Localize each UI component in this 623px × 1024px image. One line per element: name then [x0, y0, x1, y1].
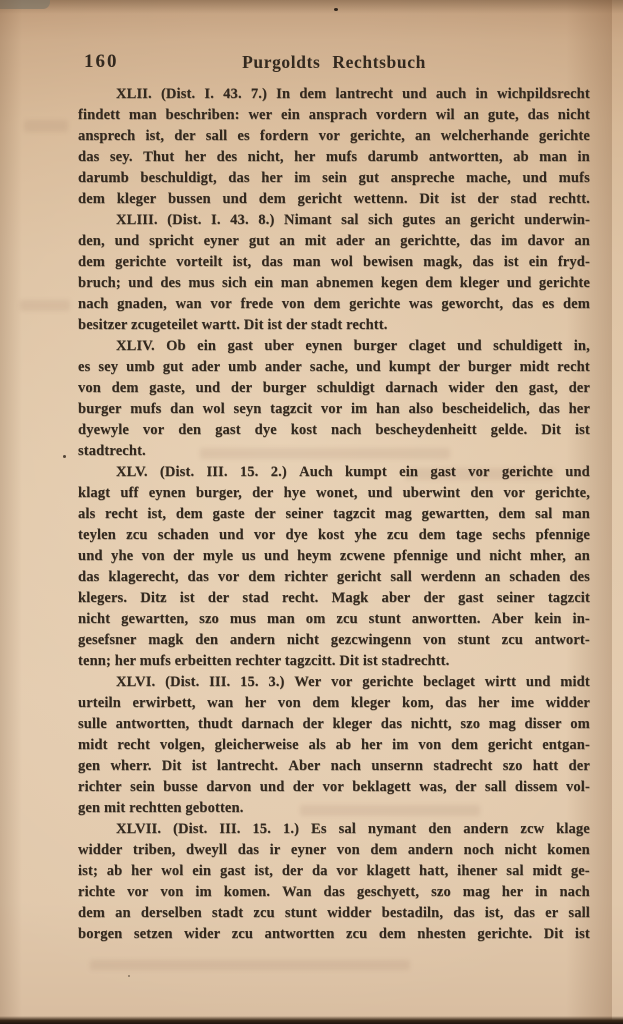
word: gaste: [213, 504, 245, 525]
word: gut: [249, 231, 270, 252]
word: 7.): [251, 84, 267, 105]
word: 2.): [271, 462, 287, 483]
word: eyner: [291, 840, 326, 861]
word: der: [173, 546, 194, 567]
word: kein: [534, 609, 561, 630]
word: III.: [209, 672, 230, 693]
word: dem: [370, 840, 397, 861]
word: geschyett,: [357, 882, 419, 903]
word: nach: [331, 420, 361, 441]
word: richte: [78, 882, 115, 903]
word: gerichte: [362, 672, 413, 693]
word: Es: [311, 819, 327, 840]
word: nicht,: [248, 147, 284, 168]
word: ansprech: [78, 126, 135, 147]
word: beclaget: [423, 672, 475, 693]
word: und: [115, 231, 140, 252]
scan-edge-top: [0, 0, 623, 14]
word: an: [574, 231, 590, 252]
text-line: dassey.Thutherdesnicht,hermufsdarumbantw…: [78, 147, 590, 168]
word: der: [439, 357, 460, 378]
scan-edge-bottom: [0, 1016, 623, 1024]
text-line: stadtrecht.: [78, 441, 590, 462]
word: als: [308, 735, 325, 756]
word: andern: [408, 840, 453, 861]
word: gute,: [488, 105, 519, 126]
word: gutes: [402, 210, 435, 231]
word: underwin-: [524, 210, 590, 231]
word: gut: [359, 168, 380, 189]
word: XLVI.: [116, 672, 155, 693]
word: mag: [489, 714, 516, 735]
word: wol: [203, 399, 225, 420]
word: den: [428, 819, 451, 840]
word: recht: [117, 735, 150, 756]
word: mus: [188, 273, 214, 294]
word: und: [507, 273, 532, 294]
word: und: [260, 777, 285, 798]
bleed-through-smudge: [20, 300, 70, 311]
text-line: burgermufsdanwolseyntagzcitvorimhanalsob…: [78, 399, 590, 420]
word: richter: [78, 777, 122, 798]
word: XLV.: [116, 462, 148, 483]
word: in-: [573, 609, 590, 630]
word: zcu: [387, 525, 408, 546]
word: burger: [263, 378, 307, 399]
ink-speck: [334, 8, 338, 11]
text-line: nachgnaden,wanvorfredevondemgerichtewasg…: [78, 294, 590, 315]
word: gewartten,: [121, 609, 188, 630]
word: aber: [382, 588, 411, 609]
word: das: [323, 882, 344, 903]
text-line: dyewylevordengastdyekostnachbescheydenhe…: [78, 420, 590, 441]
word: sall: [568, 903, 590, 924]
word: tagzcit: [548, 588, 590, 609]
word: der: [174, 126, 195, 147]
word: dem: [176, 504, 203, 525]
word: und: [368, 483, 393, 504]
text-line: tenn; her mufs erbeitten rechter tagzcit…: [78, 651, 590, 672]
word: gnaden,: [117, 294, 167, 315]
word: wer: [248, 105, 272, 126]
word: kumpt: [345, 462, 387, 483]
word: dem: [419, 525, 446, 546]
word: vorteilt: [176, 252, 222, 273]
word: busse: [163, 777, 198, 798]
word: wettenn.: [354, 189, 408, 210]
word: ab: [107, 861, 123, 882]
word: an: [485, 567, 501, 588]
word: dyewyle: [78, 420, 129, 441]
word: III.: [206, 462, 227, 483]
word: und: [456, 546, 481, 567]
word: burger: [468, 357, 512, 378]
text-line: den,undsprichteynergutanmitaderangericht…: [78, 231, 590, 252]
text-line: gesefsnermagkdenandernnichtgezcwingennvo…: [78, 630, 590, 651]
word: wil: [436, 105, 455, 126]
word: an: [375, 231, 391, 252]
word: zcu: [336, 609, 357, 630]
word: als: [78, 504, 95, 525]
word: an: [574, 546, 590, 567]
word: XLII.: [116, 84, 152, 105]
paragraph-XLIV: XLIV.Obeingastubereynenburgerclagetundsc…: [78, 336, 590, 462]
word: yhe: [355, 525, 377, 546]
word: her: [361, 735, 382, 756]
word: gericht: [488, 735, 533, 756]
word: klegers.: [78, 588, 127, 609]
text-line: demanderselbenstadtzcustuntwidderbestadi…: [78, 903, 590, 924]
word: werdenn: [421, 567, 476, 588]
word: dem: [248, 567, 275, 588]
word: dem: [425, 273, 452, 294]
word: an: [463, 105, 479, 126]
word: szo: [460, 714, 480, 735]
word: das: [528, 105, 549, 126]
word: midt: [78, 735, 108, 756]
word: ist: [180, 588, 195, 609]
word: wan: [207, 693, 233, 714]
word: 8.): [258, 210, 274, 231]
word: mag: [385, 504, 412, 525]
word: Dit: [544, 924, 564, 945]
word: wherr.: [110, 756, 151, 777]
paragraph-XLVI: XLVI.(Dist.III.15.3.)Wervorgerichtebecla…: [78, 672, 590, 819]
word: im: [392, 735, 408, 756]
word: dem: [563, 294, 590, 315]
text-line: XLVI.(Dist.III.15.3.)Wervorgerichtebecla…: [78, 672, 590, 693]
word: klage: [556, 819, 590, 840]
word: gleicherweise: [215, 735, 299, 756]
word: beschuldigt,: [140, 168, 216, 189]
word: (Dist.: [167, 210, 201, 231]
word: was: [409, 294, 433, 315]
word: schaden: [509, 567, 560, 588]
word: vor: [143, 420, 164, 441]
text-line: sulleantwortten,thudtdarnachderklegerdas…: [78, 714, 590, 735]
word: nach: [559, 882, 589, 903]
word: eyner: [204, 231, 239, 252]
word: komen.: [224, 882, 270, 903]
word: mus: [230, 609, 256, 630]
word: borgen: [78, 924, 122, 945]
word: gerichte: [539, 273, 590, 294]
word: midt: [520, 357, 550, 378]
word: dem: [498, 504, 525, 525]
word: her: [185, 147, 206, 168]
word: rechtt.: [549, 189, 590, 210]
word: ander: [265, 357, 302, 378]
scanned-book-page: 160 Purgoldts Rechtsbuch XLII.(Dist.I.43…: [0, 0, 623, 1024]
word: des: [217, 147, 238, 168]
word: stadt: [212, 903, 243, 924]
word: von: [423, 630, 446, 651]
word: Wan: [282, 882, 311, 903]
word: den: [470, 483, 493, 504]
word: kleger: [460, 273, 500, 294]
text-line: darumbbeschuldigt,dasherimseingutansprec…: [78, 168, 590, 189]
word: kost: [318, 525, 344, 546]
word: setzen: [134, 924, 173, 945]
word: Ob: [166, 336, 186, 357]
word: ab: [513, 147, 529, 168]
word: man: [267, 609, 295, 630]
word: tage: [456, 525, 482, 546]
word: Aber: [491, 609, 523, 630]
word: stad: [242, 588, 268, 609]
word: komen: [547, 840, 590, 861]
word: der: [293, 777, 314, 798]
word: das: [514, 903, 535, 924]
word: von: [418, 735, 441, 756]
word: im: [195, 882, 211, 903]
word: ader: [191, 357, 220, 378]
bleed-through-smudge: [24, 120, 68, 132]
word: frede: [240, 294, 273, 315]
word: man: [562, 504, 590, 525]
word: dem: [451, 735, 478, 756]
word: fryd-: [558, 252, 590, 273]
word: abnemen: [316, 273, 373, 294]
word: man: [281, 273, 309, 294]
word: wonet,: [316, 483, 358, 504]
word: recht.: [282, 588, 318, 609]
word: und: [565, 462, 590, 483]
word: was,: [419, 777, 447, 798]
word: gast: [220, 861, 246, 882]
word: gaste,: [149, 378, 185, 399]
word: nicht: [489, 546, 521, 567]
word: nhesten: [417, 924, 466, 945]
text-line: XLII.(Dist.I.43.7.)Indemlantrechtundauch…: [78, 84, 590, 105]
word: gast: [458, 588, 484, 609]
word: gerichte,: [350, 126, 405, 147]
word: dem: [78, 903, 105, 924]
word: das: [445, 693, 466, 714]
word: welcherhande: [441, 126, 529, 147]
word: yhe: [111, 546, 133, 567]
word: gerichte,: [535, 483, 590, 504]
word: eynen: [149, 483, 186, 504]
word: uberwint: [403, 483, 461, 504]
word: heym: [297, 546, 331, 567]
bleed-through-smudge: [90, 960, 410, 970]
word: kom,: [402, 693, 434, 714]
word: szo: [199, 609, 219, 630]
word: XLIII.: [116, 210, 158, 231]
word: (Dist.: [160, 462, 194, 483]
word: Wer: [294, 672, 321, 693]
word: sall: [485, 777, 507, 798]
word: ein: [254, 273, 273, 294]
word: mher,: [530, 546, 566, 567]
word: vor: [319, 126, 340, 147]
word: III.: [219, 819, 240, 840]
word: er: [545, 903, 558, 924]
scan-edge-right: [612, 0, 623, 1024]
word: umb: [228, 357, 257, 378]
word: es: [78, 357, 90, 378]
word: findett: [78, 105, 120, 126]
word: den: [195, 630, 218, 651]
word: urteiln: [78, 693, 121, 714]
word: gerichte: [349, 294, 400, 315]
word: her: [261, 168, 282, 189]
word: nymant: [368, 819, 416, 840]
word: burger: [354, 336, 398, 357]
word: ab: [336, 735, 352, 756]
word: und: [128, 273, 153, 294]
running-title: Purgoldts Rechtsbuch: [78, 52, 590, 73]
word: gut: [163, 357, 184, 378]
word: der: [231, 378, 252, 399]
word: im: [501, 231, 517, 252]
word: sall: [390, 567, 412, 588]
word: mache,: [466, 168, 511, 189]
word: Magk: [332, 588, 369, 609]
word: her: [131, 861, 152, 882]
word: klagt: [78, 483, 110, 504]
word: (Dist.: [161, 84, 195, 105]
word: vor: [254, 525, 275, 546]
word: dem: [299, 84, 326, 105]
word: in,: [574, 336, 590, 357]
word: mufs: [130, 399, 161, 420]
word: bruch;: [78, 273, 121, 294]
word: ist,: [485, 903, 504, 924]
word: der: [423, 588, 444, 609]
word: widder: [327, 903, 371, 924]
word: triben,: [133, 840, 176, 861]
scan-edge-left: [0, 0, 22, 1024]
word: gericht: [470, 210, 515, 231]
word: stunt: [369, 609, 401, 630]
word: gen: [78, 756, 100, 777]
word: des: [569, 567, 590, 588]
word: und: [522, 168, 547, 189]
word: das: [238, 840, 259, 861]
word: antwortten: [265, 924, 335, 945]
word: Auch: [299, 462, 333, 483]
text-line: alsrechtist,demgastederseinertagzcitmagg…: [78, 504, 590, 525]
word: recht: [105, 504, 138, 525]
word: vor: [336, 861, 357, 882]
word: sal: [341, 210, 358, 231]
text-line: nichtgewartten,szomusmanomzcustuntanwort…: [78, 609, 590, 630]
word: sulle: [78, 714, 107, 735]
word: des: [160, 273, 181, 294]
word: und: [457, 336, 482, 357]
word: stadrecht: [433, 756, 492, 777]
word: der: [455, 777, 476, 798]
word: und: [356, 357, 381, 378]
word: das: [261, 252, 282, 273]
word: dem: [78, 252, 105, 273]
word: gerichtte,: [400, 231, 460, 252]
word: bescheydenheitt: [375, 420, 476, 441]
word: das: [470, 231, 491, 252]
paragraph-XLIII: XLIII.(Dist.I.43.8.)Nimantsalsichgutesan…: [78, 210, 590, 336]
word: ihener: [457, 861, 497, 882]
word: her: [245, 693, 266, 714]
word: kleger: [333, 714, 373, 735]
word: da: [312, 861, 328, 882]
text-line: teylenzcuschadenundvordyekostyhezcudemta…: [78, 525, 590, 546]
word: dye: [255, 420, 277, 441]
word: dem: [313, 294, 340, 315]
word: von: [78, 378, 101, 399]
word: der: [254, 504, 275, 525]
word: mit: [305, 231, 326, 252]
word: XLVII.: [116, 819, 161, 840]
text-line: gen mit rechtten gebotten.: [78, 798, 590, 819]
word: man: [129, 105, 157, 126]
word: von: [337, 840, 360, 861]
word: der: [569, 756, 590, 777]
word: den,: [78, 231, 105, 252]
word: sal: [535, 504, 552, 525]
word: und: [264, 546, 289, 567]
text-line: widdertriben,dweylldasireynervondemander…: [78, 840, 590, 861]
word: gast,: [529, 378, 558, 399]
word: disser: [524, 714, 561, 735]
text-line: urteilnerwirbett,wanhervondemklegerkom,d…: [78, 693, 590, 714]
word: und: [222, 189, 247, 210]
word: also: [409, 399, 434, 420]
text-line: borgensetzenwiderzcuantworttenzcudemnhes…: [78, 924, 590, 945]
word: in: [577, 147, 589, 168]
word: ader: [336, 231, 365, 252]
word: richter: [284, 567, 328, 588]
word: und: [526, 672, 551, 693]
word: 15.: [240, 672, 259, 693]
word: ist,: [254, 861, 273, 882]
word: bestadiln,: [382, 903, 444, 924]
word: burger,: [196, 483, 242, 504]
word: dem: [78, 189, 105, 210]
word: das: [228, 168, 249, 189]
word: recht: [557, 357, 590, 378]
word: I.: [204, 84, 214, 105]
word: zcu: [502, 630, 523, 651]
word: man: [539, 147, 567, 168]
word: seyn: [233, 399, 261, 420]
word: ge-: [571, 861, 590, 882]
word: an: [115, 903, 131, 924]
word: ist: [451, 189, 466, 210]
word: lantrecht: [335, 84, 392, 105]
word: von: [282, 294, 305, 315]
word: bescheidelich,: [442, 399, 530, 420]
word: darnach: [241, 714, 294, 735]
word: hye: [284, 483, 306, 504]
word: Nimant: [284, 210, 332, 231]
word: derselben: [141, 903, 202, 924]
word: I.: [211, 210, 221, 231]
word: vordern: [376, 105, 427, 126]
word: auch: [436, 84, 466, 105]
word: 3.): [268, 672, 284, 693]
word: sal: [506, 861, 523, 882]
word: klagett: [367, 861, 411, 882]
word: klagerecht,: [108, 567, 178, 588]
word: lantrecht.: [217, 756, 278, 777]
word: umb: [126, 357, 155, 378]
word: bussen: [168, 189, 211, 210]
text-line: XLIII.(Dist.I.43.8.)Nimantsalsichgutesan…: [78, 210, 590, 231]
word: sein: [130, 777, 155, 798]
word: dem: [112, 378, 139, 399]
